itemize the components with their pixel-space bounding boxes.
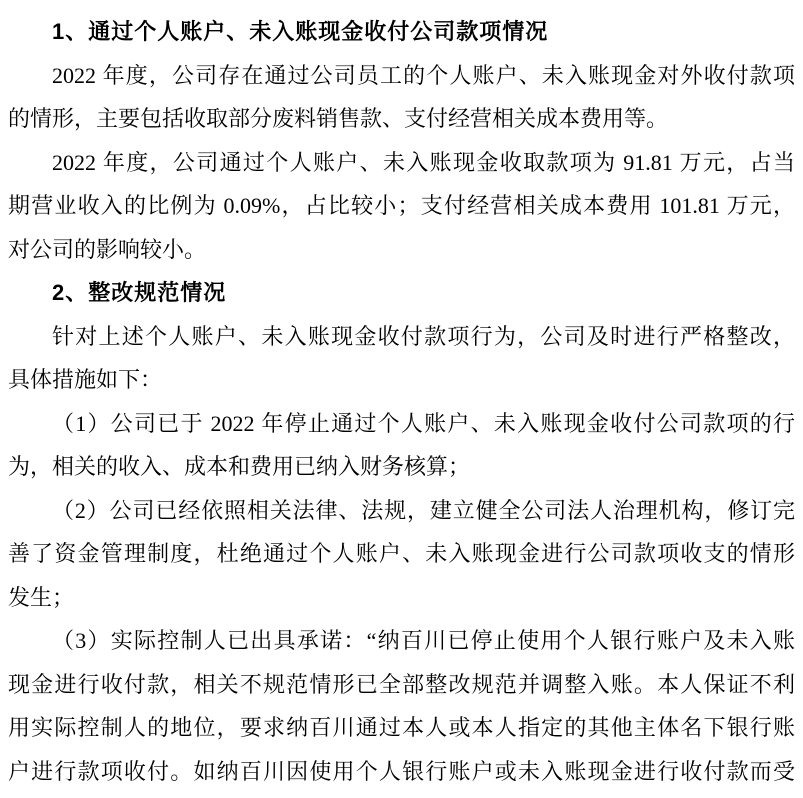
list-item-2-line: 发生； <box>8 576 795 620</box>
list-item-2-line: 善了资金管理制度，杜绝通过个人账户、未入账现金进行公司款项收支的情形 <box>8 532 795 576</box>
list-item-3-line: 户进行款项收付。如纳百川因使用个人银行账户或未入账现金进行收付款而受 <box>8 750 795 794</box>
section-2-heading: 2、整改规范情况 <box>8 271 795 315</box>
list-item-1-line: 为，相关的收入、成本和费用已纳入财务核算； <box>8 445 795 489</box>
text-line: 2022 年度，公司通过个人账户、未入账现金收取款项为 91.81 万元，占当 <box>8 141 795 185</box>
list-item-3-line: （3）实际控制人已出具承诺：“纳百川已停止使用个人银行账户及未入账 <box>8 619 795 663</box>
section-1-heading: 1、通过个人账户、未入账现金收付公司款项情况 <box>8 10 795 54</box>
text-line: 的情形，主要包括收取部分废料销售款、支付经营相关成本费用等。 <box>8 97 795 141</box>
text-line: 期营业收入的比例为 0.09%，占比较小；支付经营相关成本费用 101.81 万… <box>8 184 795 228</box>
document-page: 1、通过个人账户、未入账现金收付公司款项情况 2022 年度，公司存在通过公司员… <box>0 0 803 798</box>
list-item-3-line: 用实际控制人的地位，要求纳百川通过本人或本人指定的其他主体名下银行账 <box>8 706 795 750</box>
text-line: 针对上述个人账户、未入账现金收付款项行为，公司及时进行严格整改， <box>8 315 795 359</box>
list-item-2-line: （2）公司已经依照相关法律、法规，建立健全公司法人治理机构，修订完 <box>8 489 795 533</box>
list-item-3-line: 现金进行收付款，相关不规范情形已全部整改规范并调整入账。本人保证不利 <box>8 663 795 707</box>
text-line: 2022 年度，公司存在通过公司员工的个人账户、未入账现金对外收付款项 <box>8 54 795 98</box>
text-line: 对公司的影响较小。 <box>8 228 795 272</box>
text-line: 具体措施如下： <box>8 358 795 402</box>
list-item-1-line: （1）公司已于 2022 年停止通过个人账户、未入账现金收付公司款项的行 <box>8 402 795 446</box>
